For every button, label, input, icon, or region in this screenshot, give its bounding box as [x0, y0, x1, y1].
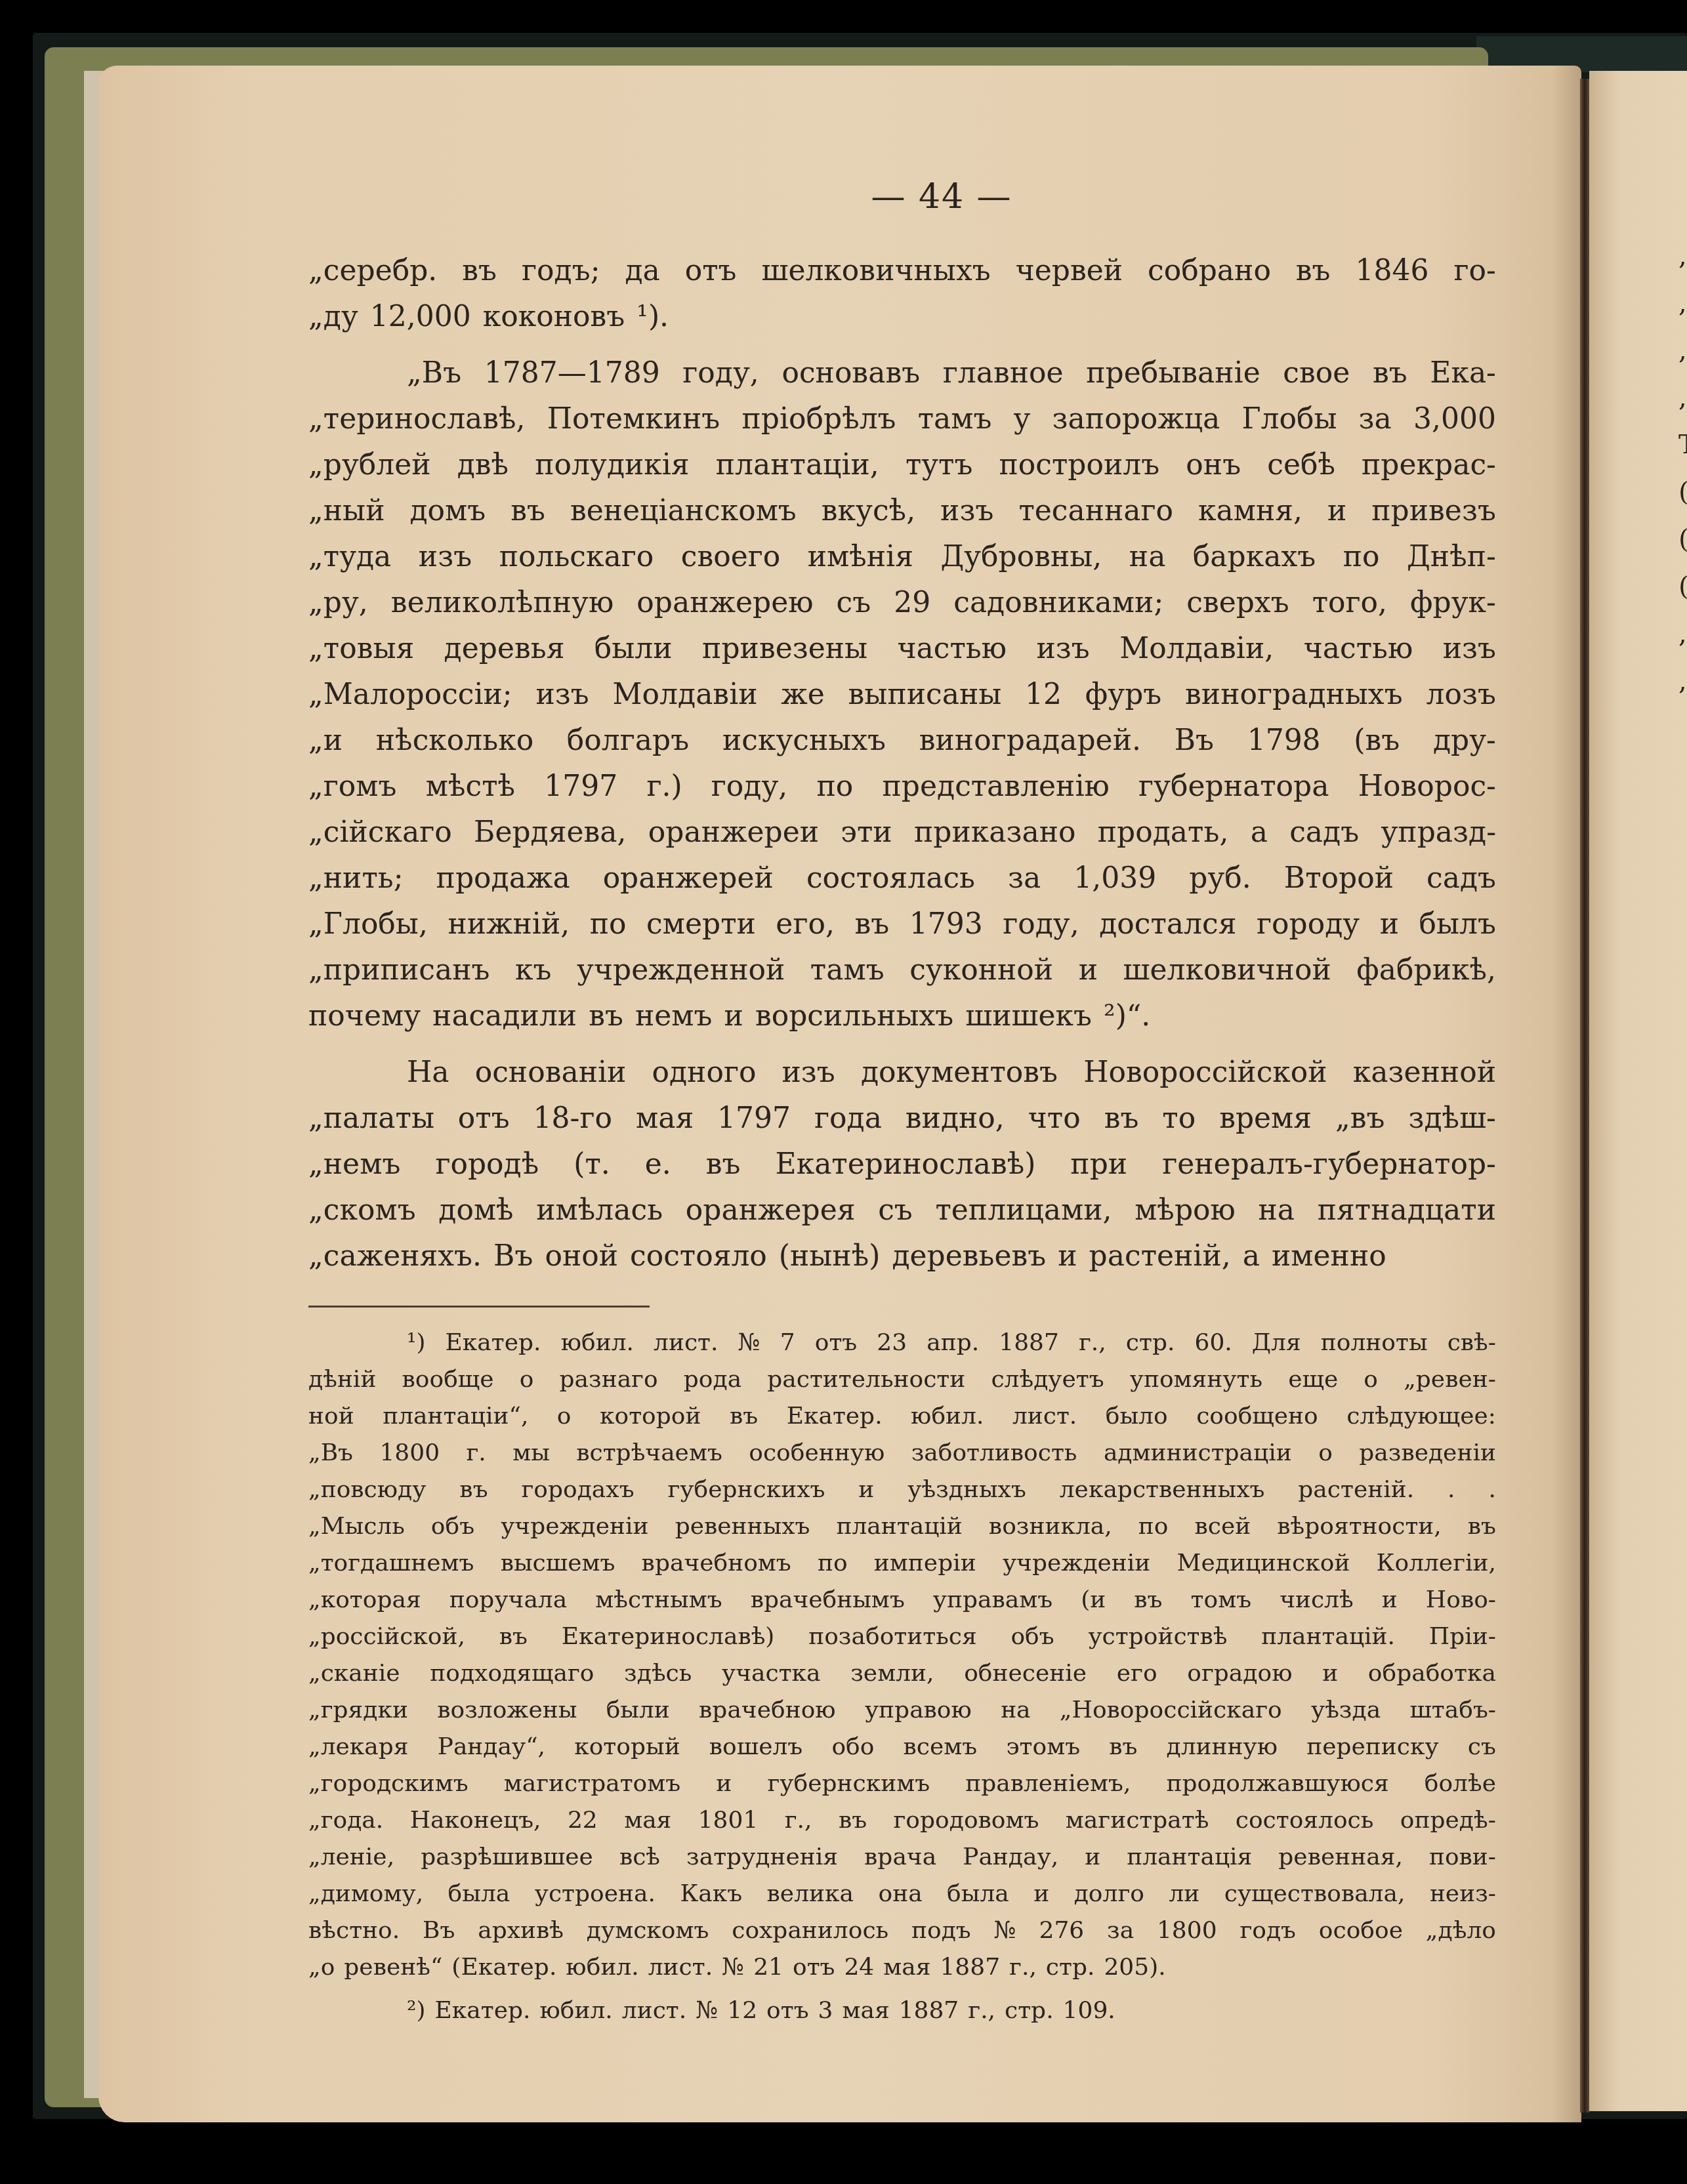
text-line: „ру,великолѣпнуюоранжереюсъ29садовниками…	[308, 580, 1496, 626]
text-line: „теринославѣ,Потемкинъпріобрѣлътамъузапо…	[308, 396, 1496, 442]
paragraph: „серебр.въгодъ;даотъшелковичныхъчервейсо…	[308, 248, 1496, 340]
text-line: „тудаизъпольскагосвоегоимѣніяДубровны,на…	[308, 534, 1496, 580]
text-line: „ныйдомъвъвенеціанскомъвкусѣ,изътесаннаг…	[308, 488, 1496, 534]
bleed-glyph: ,	[1678, 243, 1687, 269]
text-line: „скомъдомѣимѣласьоранжереясътеплицами,мѣ…	[308, 1187, 1496, 1233]
bleed-glyph: ,	[1678, 290, 1687, 316]
footnote-line: „года.Наконецъ,22мая1801г.,въгородовомъм…	[308, 1802, 1496, 1839]
footnote-line: „тогдашнемъвысшемъврачебномъпоимперіиучр…	[308, 1545, 1496, 1582]
bleed-glyph: ,	[1678, 384, 1687, 411]
text-line: „Глобы,нижній,посмертиего,въ1793году,дос…	[308, 901, 1496, 947]
bleed-glyph: (	[1678, 526, 1687, 552]
footnote-line: „леніе,разрѣшившеевсѣзатрудненіяврачаРан…	[308, 1839, 1496, 1876]
text-line: „Малороссіи;изъМолдавіижевыписаны12фуръв…	[308, 672, 1496, 718]
footnote-line: нойплантаціи“,окоторойвъЕкатер.юбил.лист…	[308, 1398, 1496, 1435]
paragraph: „Въ1787—1789году,основавъглавноепребыван…	[308, 350, 1496, 1039]
footnote-line: „котораяпоручаламѣстнымъврачебнымъуправа…	[308, 1582, 1496, 1618]
text-line: „сійскагоБердяева,оранжереиэтиприказаноп…	[308, 810, 1496, 855]
text-line: „инѣсколькоболгаръискусныхъвиноградарей.…	[308, 718, 1496, 764]
footnote-line: ²)Екатер.юбил.лист.№12отъ3мая1887г.,стр.…	[308, 1992, 1496, 2029]
footnote-line: „повсюдувъгородахъгубернскихъиуѣздныхъле…	[308, 1472, 1496, 1508]
text-line: „палатыотъ18-гомая1797годавидно,чтовътов…	[308, 1096, 1496, 1142]
footnote-line: „оревенѣ“(Екатер.юбил.лист.№21отъ24мая18…	[308, 1949, 1496, 1986]
footnote-rule	[308, 1306, 650, 1308]
bleed-glyph: ,	[1678, 337, 1687, 363]
adjacent-page	[1589, 71, 1687, 2111]
text-line: „Въ1787—1789году,основавъглавноепребыван…	[308, 350, 1496, 396]
text-line: „серебр.въгодъ;даотъшелковичныхъчервейсо…	[308, 248, 1496, 294]
footnote-line: „лекаряРандау“,которыйвошелъобовсемъэтом…	[308, 1729, 1496, 1765]
footnote-line: „грядкивозложеныбыливрачебноюуправоюна„Н…	[308, 1692, 1496, 1729]
text-line: „приписанъкъучрежденнойтамъсуконнойишелк…	[308, 947, 1496, 993]
text-line: „немъгородѣ(т.е.въЕкатеринославѣ)пригене…	[308, 1142, 1496, 1187]
page-gutter	[1580, 79, 1589, 2112]
bleed-glyph: T	[1678, 432, 1687, 458]
page-content: — 44 — „серебр.въгодъ;даотъшелковичныхъч…	[308, 177, 1496, 2029]
footnotes: ¹)Екатер.юбил.лист.№7отъ23апр.1887г.,стр…	[308, 1325, 1496, 2029]
page-number: — 44 —	[387, 177, 1496, 216]
text-line: „рублейдвѣполудикіяплантаціи,тутъпострои…	[308, 442, 1496, 488]
text-line: „гомъмѣстѣ1797г.)году,попредставленіюгуб…	[308, 764, 1496, 810]
footnote-line: „городскимъмагистратомъигубернскимъправл…	[308, 1765, 1496, 1802]
bleed-glyph: ,	[1678, 621, 1687, 647]
footnote-line: „димому,былаустроена.Какъвеликаонабылаид…	[308, 1876, 1496, 1912]
footnote-line: „Въ1800г.мывстрѣчаемъособеннуюзаботливос…	[308, 1435, 1496, 1472]
footnote-line: ¹)Екатер.юбил.лист.№7отъ23апр.1887г.,стр…	[308, 1325, 1496, 1361]
footnote-line: дѣнійвообщеоразнагородарастительностислѣ…	[308, 1361, 1496, 1398]
footnote-line: „Мысльобъучрежденіиревенныхъплантаційвоз…	[308, 1508, 1496, 1545]
footnote-line: „сканіеподходящагоздѣсьучастказемли,обне…	[308, 1655, 1496, 1692]
text-line: НаоснованіиодногоизъдокументовъНовороссі…	[308, 1050, 1496, 1096]
footnote: ²)Екатер.юбил.лист.№12отъ3мая1887г.,стр.…	[308, 1992, 1496, 2029]
text-line: „нить;продажаоранжерейсостояласьза1,039р…	[308, 855, 1496, 901]
text-line: почемунасадиливънемъиворсильныхъшишекъ²)…	[308, 993, 1496, 1039]
paragraph: НаоснованіиодногоизъдокументовъНовороссі…	[308, 1050, 1496, 1279]
bleed-glyph: (	[1678, 573, 1687, 600]
footnote-line: „россійской,въЕкатеринославѣ)позаботитьс…	[308, 1618, 1496, 1655]
text-line: „ду12,000коконовъ¹).	[308, 294, 1496, 340]
footnote: ¹)Екатер.юбил.лист.№7отъ23апр.1887г.,стр…	[308, 1325, 1496, 1986]
bleed-glyph: (	[1678, 479, 1687, 505]
footnote-line: вѣстно.Въархивѣдумскомъсохранилосьподъ№2…	[308, 1912, 1496, 1949]
text-line: „товыядеревьябылипривезенычастьюизъМолда…	[308, 626, 1496, 672]
bleed-glyph: ,	[1678, 668, 1687, 694]
body-text: „серебр.въгодъ;даотъшелковичныхъчервейсо…	[308, 248, 1496, 1279]
text-line: „саженяхъ.Въонойсостояло(нынѣ)деревьевъи…	[308, 1233, 1496, 1279]
